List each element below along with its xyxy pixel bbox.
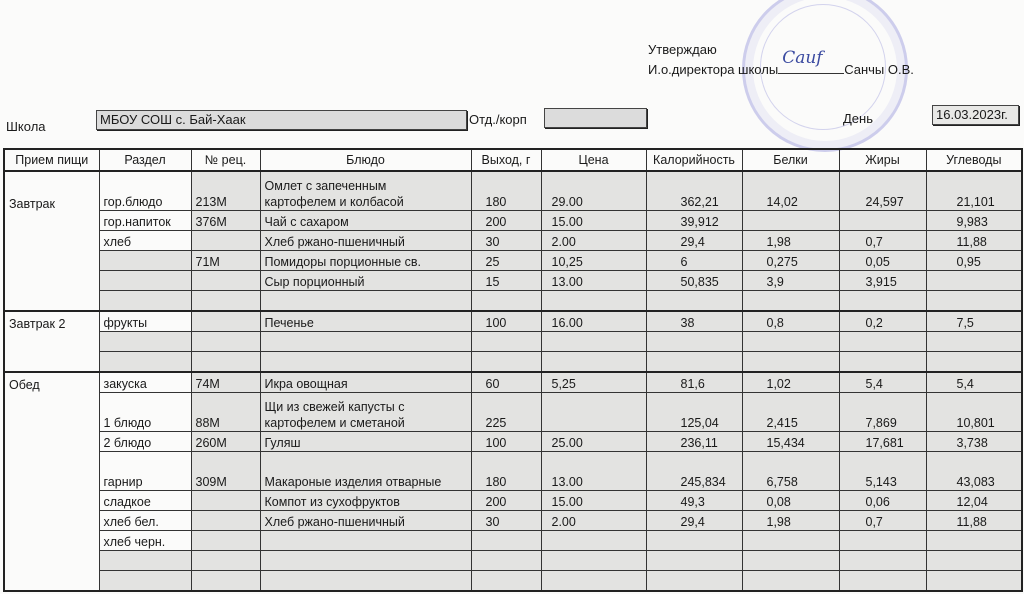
table-row: 2 блюдо260МГуляш10025.00236,1115,43417,6… [4,432,1022,452]
cell-fat [839,291,926,312]
cell-protein: 1,02 [742,372,839,393]
cell-kcal [646,531,742,551]
cell-meal: Обед [4,372,99,591]
cell-price [541,571,646,592]
cell-dish: Компот из сухофруктов [260,491,471,511]
dish-name-line1: Щи из свежей капусты с [265,399,467,415]
column-header-dish: Блюдо [260,149,471,171]
table-row [4,332,1022,352]
cell-price [541,531,646,551]
cell-meal: Завтрак [4,171,99,311]
cell-section [99,571,191,592]
cell-yield: 200 [471,211,541,231]
cell-meal: Завтрак 2 [4,311,99,372]
table-row [4,352,1022,373]
cell-section: фрукты [99,311,191,332]
cell-recipe: 213М [191,171,260,211]
cell-price: 25.00 [541,432,646,452]
cell-fat: 17,681 [839,432,926,452]
cell-kcal [646,332,742,352]
cell-price: 15.00 [541,211,646,231]
cell-dish: Щи из свежей капусты скартофелем и смета… [260,393,471,432]
cell-yield: 180 [471,171,541,211]
dish-name-line2: картофелем и колбасой [265,194,467,210]
cell-recipe: 74М [191,372,260,393]
cell-carbs: 21,101 [926,171,1022,211]
cell-yield: 60 [471,372,541,393]
cell-kcal: 236,11 [646,432,742,452]
cell-section: гор.блюдо [99,171,191,211]
cell-protein: 0,275 [742,251,839,271]
cell-price: 29.00 [541,171,646,211]
table-row: хлеб черн. [4,531,1022,551]
table-header-row: Прием пищиРаздел№ рец.БлюдоВыход, гЦенаК… [4,149,1022,171]
cell-protein [742,531,839,551]
cell-price: 16.00 [541,311,646,332]
cell-fat: 0,7 [839,231,926,251]
approval-name: Санчы О.В. [844,62,914,77]
cell-kcal: 49,3 [646,491,742,511]
cell-recipe [191,291,260,312]
cell-price: 15.00 [541,491,646,511]
cell-dish: Сыр порционный [260,271,471,291]
cell-yield [471,531,541,551]
cell-kcal: 39,912 [646,211,742,231]
cell-kcal: 362,21 [646,171,742,211]
cell-protein: 15,434 [742,432,839,452]
cell-carbs: 9,983 [926,211,1022,231]
table-row [4,551,1022,571]
cell-carbs [926,332,1022,352]
column-header-recipe: № рец. [191,149,260,171]
cell-yield: 180 [471,452,541,491]
cell-kcal: 6 [646,251,742,271]
cell-fat: 0,2 [839,311,926,332]
table-row [4,571,1022,592]
cell-section [99,332,191,352]
cell-price: 2.00 [541,231,646,251]
cell-yield: 30 [471,511,541,531]
cell-recipe [191,231,260,251]
cell-protein: 14,02 [742,171,839,211]
cell-protein: 1,98 [742,511,839,531]
cell-section: 2 блюдо [99,432,191,452]
dish-name-line1 [265,458,467,474]
cell-section [99,251,191,271]
cell-yield [471,551,541,571]
cell-carbs: 43,083 [926,452,1022,491]
cell-dish: Печенье [260,311,471,332]
cell-kcal: 125,04 [646,393,742,432]
cell-fat [839,551,926,571]
cell-fat [839,531,926,551]
dept-field[interactable] [544,108,647,128]
cell-protein [742,291,839,312]
column-header-price: Цена [541,149,646,171]
cell-dish [260,551,471,571]
cell-dish [260,291,471,312]
cell-yield: 30 [471,231,541,251]
cell-price: 2.00 [541,511,646,531]
cell-carbs [926,531,1022,551]
cell-price: 5,25 [541,372,646,393]
cell-section [99,271,191,291]
cell-dish: Омлет с запеченнымкартофелем и колбасой [260,171,471,211]
column-header-meal: Прием пищи [4,149,99,171]
cell-carbs: 12,04 [926,491,1022,511]
table-row: 1 блюдо88МЩи из свежей капусты скартофел… [4,393,1022,432]
cell-carbs [926,571,1022,592]
cell-section: 1 блюдо [99,393,191,432]
cell-yield [471,571,541,592]
cell-carbs: 11,88 [926,511,1022,531]
cell-kcal: 29,4 [646,511,742,531]
cell-fat [839,571,926,592]
cell-fat: 24,597 [839,171,926,211]
cell-kcal: 50,835 [646,271,742,291]
column-header-fat: Жиры [839,149,926,171]
dish-name-line2: Макароные изделия отварные [265,474,467,490]
cell-yield: 100 [471,311,541,332]
column-header-yield: Выход, г [471,149,541,171]
cell-fat [839,211,926,231]
dish-name-line1: Омлет с запеченным [265,178,467,194]
cell-kcal [646,551,742,571]
cell-fat [839,332,926,352]
cell-recipe: 309М [191,452,260,491]
table-row [4,291,1022,312]
cell-protein: 0,08 [742,491,839,511]
cell-recipe [191,332,260,352]
cell-recipe [191,511,260,531]
cell-section [99,551,191,571]
cell-yield [471,332,541,352]
cell-price [541,352,646,373]
cell-price [541,551,646,571]
approval-block: Утверждаю И.о.директора школыСаиfСанчы О… [648,40,914,80]
column-header-section: Раздел [99,149,191,171]
cell-dish: Макароные изделия отварные [260,452,471,491]
cell-yield: 100 [471,432,541,452]
cell-kcal: 245,834 [646,452,742,491]
cell-dish: Хлеб ржано-пшеничный [260,231,471,251]
cell-kcal [646,571,742,592]
cell-kcal [646,352,742,373]
table-row: гор.напиток376МЧай с сахаром20015.0039,9… [4,211,1022,231]
cell-fat: 3,915 [839,271,926,291]
cell-price: 10,25 [541,251,646,271]
cell-carbs: 3,738 [926,432,1022,452]
cell-carbs [926,551,1022,571]
table-row: Сыр порционный1513.0050,8353,93,915 [4,271,1022,291]
cell-dish: Икра овощная [260,372,471,393]
cell-price [541,393,646,432]
table-row: Завтрак 2фруктыПеченье10016.00380,80,27,… [4,311,1022,332]
cell-fat: 5,4 [839,372,926,393]
cell-recipe [191,352,260,373]
dish-name-line2: картофелем и сметаной [265,415,467,431]
cell-carbs: 5,4 [926,372,1022,393]
approval-position: И.о.директора школы [648,62,778,77]
cell-fat: 0,7 [839,511,926,531]
table-row: хлебХлеб ржано-пшеничный302.0029,41,980,… [4,231,1022,251]
cell-fat: 0,05 [839,251,926,271]
cell-yield: 25 [471,251,541,271]
day-label: День [843,111,873,126]
table-body: Завтракгор.блюдо213МОмлет с запеченнымка… [4,171,1022,591]
signature-line: Саиf [778,60,844,74]
school-label: Школа [6,119,46,134]
cell-fat: 0,06 [839,491,926,511]
cell-protein [742,332,839,352]
school-field[interactable]: МБОУ СОШ с. Бай-Хаак [96,110,467,130]
approval-title: Утверждаю [648,40,914,60]
cell-dish: Чай с сахаром [260,211,471,231]
cell-dish: Гуляш [260,432,471,452]
cell-section: сладкое [99,491,191,511]
cell-carbs: 10,801 [926,393,1022,432]
signature: Саиf [782,48,822,68]
cell-price [541,291,646,312]
cell-recipe [191,551,260,571]
cell-protein: 6,758 [742,452,839,491]
cell-fat [839,352,926,373]
approval-signatory: И.о.директора школыСаиfСанчы О.В. [648,60,914,80]
cell-yield: 15 [471,271,541,291]
cell-recipe: 260М [191,432,260,452]
cell-dish [260,352,471,373]
cell-recipe: 71М [191,251,260,271]
cell-price: 13.00 [541,271,646,291]
cell-section: закуска [99,372,191,393]
cell-recipe [191,571,260,592]
cell-protein: 1,98 [742,231,839,251]
cell-carbs: 7,5 [926,311,1022,332]
cell-protein: 3,9 [742,271,839,291]
cell-carbs [926,271,1022,291]
menu-table: Прием пищиРаздел№ рец.БлюдоВыход, гЦенаК… [3,148,1023,592]
cell-yield: 200 [471,491,541,511]
cell-dish [260,332,471,352]
cell-yield: 225 [471,393,541,432]
cell-dish [260,531,471,551]
column-header-carbs: Углеводы [926,149,1022,171]
cell-carbs [926,291,1022,312]
cell-kcal: 29,4 [646,231,742,251]
cell-section [99,352,191,373]
cell-yield [471,352,541,373]
cell-section: хлеб черн. [99,531,191,551]
column-header-kcal: Калорийность [646,149,742,171]
cell-protein: 0,8 [742,311,839,332]
cell-dish [260,571,471,592]
cell-dish: Помидоры порционные св. [260,251,471,271]
cell-kcal [646,291,742,312]
cell-recipe [191,491,260,511]
cell-recipe: 376М [191,211,260,231]
cell-protein [742,352,839,373]
day-field[interactable]: 16.03.2023г. [932,105,1019,125]
cell-carbs [926,352,1022,373]
cell-dish: Хлеб ржано-пшеничный [260,511,471,531]
cell-price [541,332,646,352]
cell-kcal: 38 [646,311,742,332]
cell-protein: 2,415 [742,393,839,432]
table-row: Завтракгор.блюдо213МОмлет с запеченнымка… [4,171,1022,211]
cell-fat: 5,143 [839,452,926,491]
cell-price: 13.00 [541,452,646,491]
column-header-protein: Белки [742,149,839,171]
cell-fat: 7,869 [839,393,926,432]
cell-yield [471,291,541,312]
cell-recipe [191,271,260,291]
cell-recipe [191,531,260,551]
table-row: хлеб бел.Хлеб ржано-пшеничный302.0029,41… [4,511,1022,531]
table-row: гарнир309ММакароные изделия отварные1801… [4,452,1022,491]
cell-section [99,291,191,312]
table-row: Обедзакуска74МИкра овощная605,2581,61,02… [4,372,1022,393]
cell-protein [742,571,839,592]
cell-section: хлеб бел. [99,511,191,531]
cell-recipe [191,311,260,332]
cell-section: гор.напиток [99,211,191,231]
cell-protein [742,551,839,571]
cell-carbs: 11,88 [926,231,1022,251]
dept-label: Отд./корп [469,112,527,127]
cell-protein [742,211,839,231]
cell-kcal: 81,6 [646,372,742,393]
cell-recipe: 88М [191,393,260,432]
table-row: 71МПомидоры порционные св.2510,2560,2750… [4,251,1022,271]
cell-carbs: 0,95 [926,251,1022,271]
cell-section: гарнир [99,452,191,491]
table-row: сладкоеКомпот из сухофруктов20015.0049,3… [4,491,1022,511]
cell-section: хлеб [99,231,191,251]
